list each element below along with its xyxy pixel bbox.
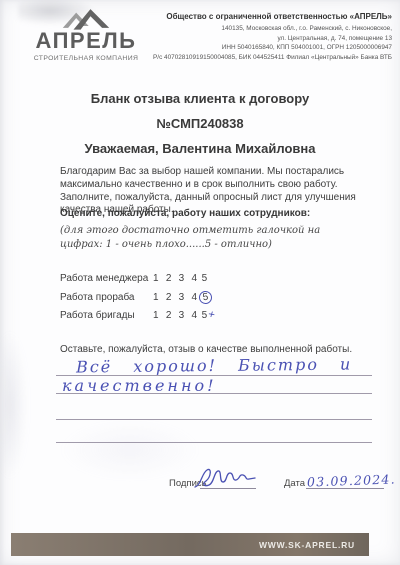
handwritten-date: 03.09.2024.: [307, 471, 396, 489]
date-label: Дата: [284, 478, 305, 489]
review-prompt: Оставьте, пожалуйста, отзыв о качестве в…: [60, 344, 352, 355]
company-bank-details: Р/с 40702810919150004085, БИК 044525411 …: [153, 53, 392, 63]
scale-digit-5: 5: [202, 292, 209, 304]
scan-smudge: [60, 420, 200, 480]
rating-scale: 1 2 3 45+: [153, 310, 215, 321]
company-logo: АПРЕЛЬ СТРОИТЕЛЬНАЯ КОМПАНИЯ: [22, 6, 150, 62]
rating-row-manager: Работа менеджера1 2 3 45: [60, 273, 207, 284]
rating-label: Работа прораба: [60, 292, 153, 303]
rating-scale: 1 2 3 45: [153, 292, 212, 303]
scan-smudge: [2, 330, 28, 480]
form-title: Бланк отзыва клиента к договору: [0, 91, 400, 106]
pen-check-mark: +: [207, 309, 217, 322]
rating-row-foreman: Работа прораба1 2 3 45: [60, 291, 212, 304]
rating-label: Работа бригады: [60, 310, 153, 321]
client-salutation: Уважаемая, Валентина Михайловна: [0, 141, 400, 156]
logo-tagline: СТРОИТЕЛЬНАЯ КОМПАНИЯ: [22, 55, 150, 62]
scale-digit-5: 5: [202, 273, 208, 284]
handwritten-review-line1: Всё хорошо! Быстро и: [76, 355, 352, 377]
handwritten-review-line2: качественно!: [62, 376, 217, 395]
ruled-line: [56, 419, 372, 420]
rate-heading: Оцените, пожалуйста, работу наших сотруд…: [60, 208, 310, 219]
signature-scribble: [192, 465, 258, 491]
footer-website-url: WWW.SK-APREL.RU: [259, 540, 355, 550]
company-address-line1: 140135, Московская обл., г.о. Раменский,…: [153, 24, 392, 34]
pen-circle-mark: 5: [198, 290, 212, 304]
contract-number: №СМП240838: [0, 116, 400, 131]
scale-digits: 1 2 3 4: [153, 310, 197, 321]
ruled-line: [56, 442, 372, 443]
company-details: Общество с ограниченной ответственностью…: [153, 12, 392, 62]
logo-company-name: АПРЕЛЬ: [22, 28, 150, 54]
scanned-feedback-form: АПРЕЛЬ СТРОИТЕЛЬНАЯ КОМПАНИЯ Общество с …: [0, 0, 400, 565]
footer-bar: WWW.SK-APREL.RU: [11, 533, 369, 556]
rating-label: Работа менеджера: [60, 273, 153, 284]
rating-row-crew: Работа бригады1 2 3 45+: [60, 309, 215, 321]
scale-digits: 1 2 3 4: [153, 273, 197, 284]
company-address-line2: ул. Центральная, д. 74, помещение 13: [153, 34, 392, 44]
roof-icon: [61, 6, 111, 30]
scale-digits: 1 2 3 4: [153, 292, 197, 303]
company-legal-name: Общество с ограниченной ответственностью…: [153, 12, 392, 21]
company-registration: ИНН 5040165840, КПП 504001001, ОГРН 1205…: [153, 43, 392, 53]
rate-note: (для этого достаточно отметить галочкой …: [60, 224, 360, 251]
rating-scale: 1 2 3 45: [153, 273, 207, 284]
